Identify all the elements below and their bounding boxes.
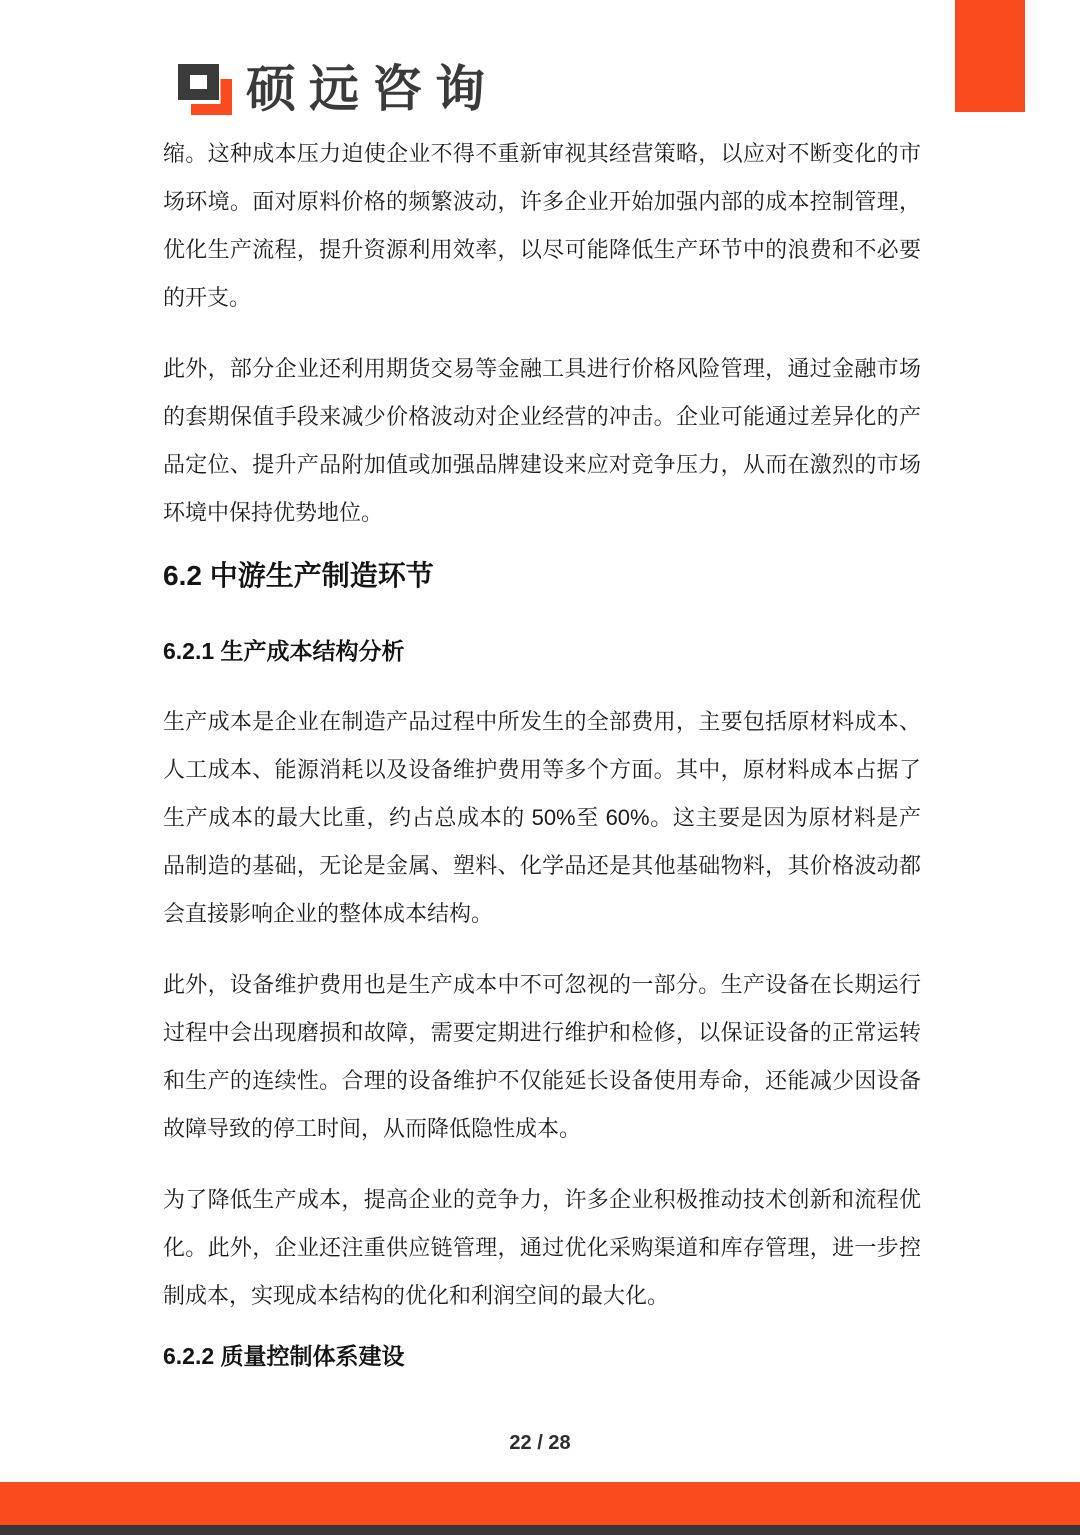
paragraph-cost-reduction: 为了降低生产成本，提高企业的竞争力，许多企业积极推动技术创新和流程优化。此外，企…	[163, 1176, 921, 1320]
paragraph-equipment-maintenance: 此外，设备维护费用也是生产成本中不可忽视的一部分。生产设备在长期运行过程中会出现…	[163, 961, 921, 1153]
subsection-heading-6-2-1: 6.2.1 生产成本结构分析	[163, 638, 921, 664]
subsection-heading-6-2-2: 6.2.2 质量控制体系建设	[163, 1343, 921, 1369]
report-page: 硕远咨询 缩。这种成本压力迫使企业不得不重新审视其经营策略，以应对不断变化的市场…	[0, 0, 1080, 1535]
document-body: 缩。这种成本压力迫使企业不得不重新审视其经营策略，以应对不断变化的市场环境。面对…	[163, 130, 921, 1369]
brand-logo-icon	[176, 61, 232, 118]
paragraph-cost-pressure: 缩。这种成本压力迫使企业不得不重新审视其经营策略，以应对不断变化的市场环境。面对…	[163, 130, 921, 322]
paragraph-hedging-strategy: 此外，部分企业还利用期货交易等金融工具进行价格风险管理，通过金融市场的套期保值手…	[163, 345, 921, 537]
paragraph-production-cost: 生产成本是企业在制造产品过程中所发生的全部费用，主要包括原材料成本、人工成本、能…	[163, 698, 921, 938]
brand-logo-text: 硕远咨询	[246, 64, 498, 114]
brand-logo: 硕远咨询	[176, 58, 498, 120]
page-number: 22 / 28	[0, 1432, 1080, 1455]
corner-accent-block	[955, 0, 1025, 112]
section-heading-6-2: 6.2 中游生产制造环节	[163, 560, 921, 592]
footer-accent-bar	[0, 1482, 1080, 1525]
footer-dark-strip	[0, 1525, 1080, 1535]
